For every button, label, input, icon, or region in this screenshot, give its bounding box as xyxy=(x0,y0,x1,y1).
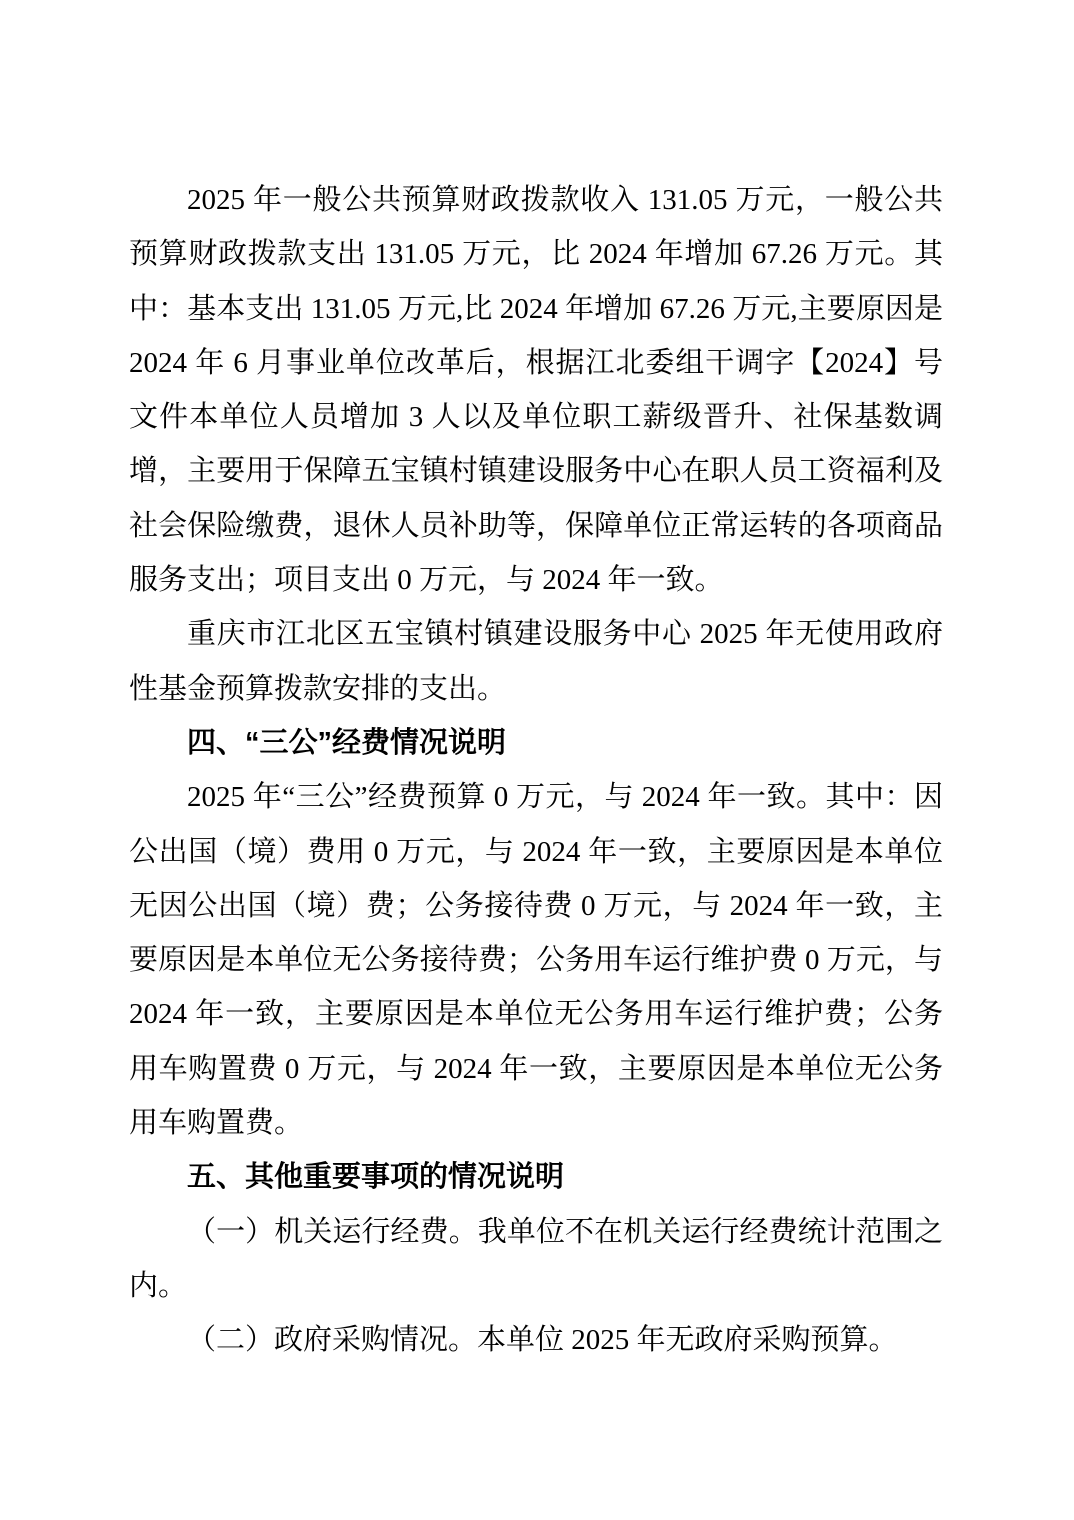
document-body: 2025 年一般公共预算财政拨款收入 131.05 万元，一般公共预算财政拨款支… xyxy=(129,173,943,1368)
document-page: 2025 年一般公共预算财政拨款收入 131.05 万元，一般公共预算财政拨款支… xyxy=(0,0,1074,1520)
heading-section-4-three-public-expenses: 四、“三公”经费情况说明 xyxy=(129,716,943,770)
paragraph-agency-operating-funds: （一）机关运行经费。我单位不在机关运行经费统计范围之内。 xyxy=(129,1205,943,1314)
paragraph-three-public-expenses-detail: 2025 年“三公”经费预算 0 万元，与 2024 年一致。其中：因公出国（境… xyxy=(129,770,943,1150)
paragraph-government-procurement: （二）政府采购情况。本单位 2025 年无政府采购预算。 xyxy=(129,1313,943,1367)
heading-section-5-other-important-matters: 五、其他重要事项的情况说明 xyxy=(129,1150,943,1204)
paragraph-government-fund-budget: 重庆市江北区五宝镇村镇建设服务中心 2025 年无使用政府性基金预算拨款安排的支… xyxy=(129,607,943,716)
paragraph-general-public-budget: 2025 年一般公共预算财政拨款收入 131.05 万元，一般公共预算财政拨款支… xyxy=(129,173,943,607)
